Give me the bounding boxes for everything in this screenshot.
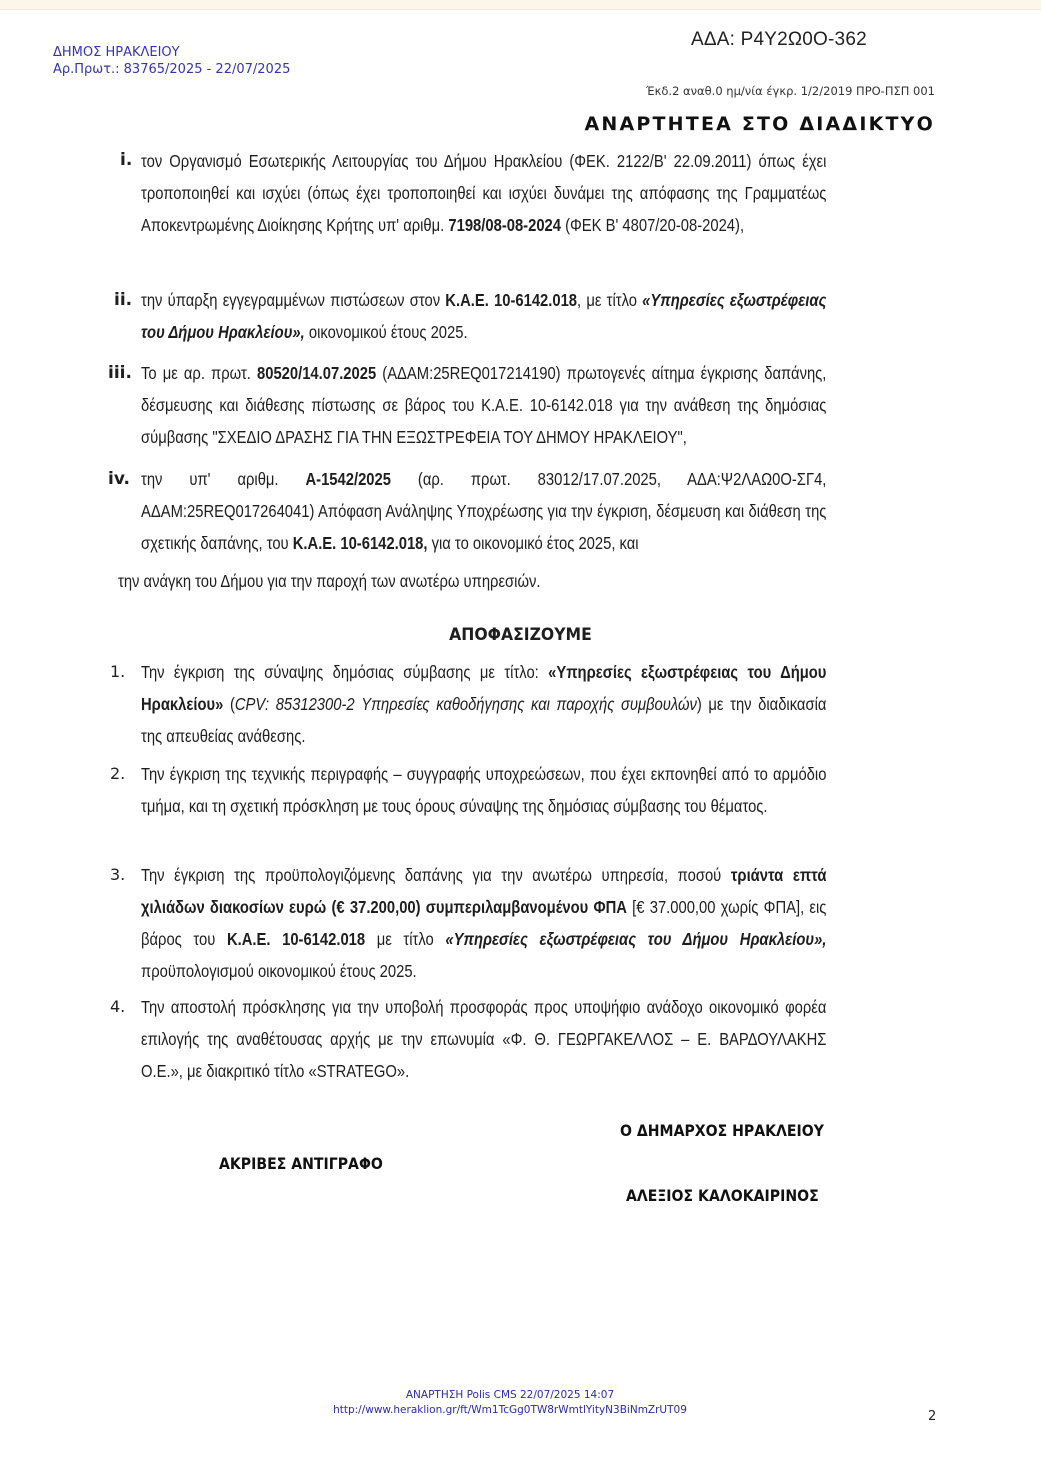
footer: ΑΝΑΡΤΗΣΗ Polis CMS 22/07/2025 14:07 http… (300, 1388, 720, 1418)
mayor-title: Ο ΔΗΜΑΡΧΟΣ ΗΡΑΚΛΕΙΟΥ (620, 1121, 824, 1140)
consideration-item: τον Οργανισμό Εσωτερικής Λειτουργίας του… (141, 145, 826, 241)
kae-code: Κ.Α.Ε. 10-6142.018 (445, 290, 577, 310)
protocol-number: Αρ.Πρωτ.: 83765/2025 - 22/07/2025 (53, 61, 290, 78)
municipality-name: ΔΗΜΟΣ ΗΡΑΚΛΕΙΟΥ (53, 44, 290, 61)
text: Την έγκριση της τεχνικής περιγραφής – συ… (141, 764, 826, 816)
page-number: 2 (928, 1409, 936, 1424)
kae-code: Κ.Α.Ε. 10-6142.018 (227, 929, 365, 949)
text: ( (223, 694, 235, 714)
text: την υπ' αριθμ. (141, 469, 305, 489)
cpv-code: CPV: 85312300-2 Υπηρεσίες καθοδήγησης κα… (235, 694, 697, 714)
decision-item: Την έγκριση της τεχνικής περιγραφής – συ… (141, 758, 826, 822)
text: Την έγκριση της προϋπολογιζόμενης δαπάνη… (141, 865, 731, 885)
service-title: «Υπηρεσίες εξωστρέφειας του Δήμου Ηρακλε… (445, 929, 826, 949)
header-left: ΔΗΜΟΣ ΗΡΑΚΛΕΙΟΥ Αρ.Πρωτ.: 83765/2025 - 2… (53, 44, 290, 78)
decision-number: 3. (110, 865, 125, 884)
decision-number: 1. (110, 662, 125, 681)
text: με τίτλο (365, 929, 445, 949)
decision-number: 2. (110, 764, 125, 783)
decision-number: 4. (110, 997, 125, 1016)
ada-code: ΑΔΑ: Ρ4Υ2Ω0Ο-362 (691, 29, 867, 51)
consideration-item: την υπ' αριθμ. Α-1542/2025 (αρ. πρωτ. 83… (141, 463, 826, 559)
decision-item: Την αποστολή πρόσκλησης για την υποβολή … (141, 991, 826, 1087)
text: Την έγκριση της σύναψης δημόσιας σύμβαση… (141, 662, 548, 682)
protocol-ref: 80520/14.07.2025 (257, 363, 376, 383)
consideration-item: Το με αρ. πρωτ. 80520/14.07.2025 (ΑΔΑΜ:2… (141, 357, 826, 453)
text: , με τίτλο (577, 290, 642, 310)
edition-info: Έκδ.2 αναθ.0 ημ/νία έγκρ. 1/2/2019 ΠΡΟ-Π… (646, 84, 935, 98)
text: (ΦΕΚ Β' 4807/20-08-2024), (561, 215, 744, 235)
publish-title: ΑΝΑΡΤΗΤΕΑ ΣΤΟ ΔΙΑΔΙΚΤΥΟ (584, 113, 935, 135)
consideration-marker: i. (120, 150, 132, 170)
document-url[interactable]: http://www.heraklion.gr/ft/Wm1TcGg0TW8rW… (300, 1403, 720, 1418)
top-band (0, 0, 1041, 10)
decision-ref: Α-1542/2025 (305, 469, 390, 489)
mayor-name: ΑΛΕΞΙΟΣ ΚΑΛΟΚΑΙΡΙΝΟΣ (626, 1186, 819, 1205)
text: οικονομικού έτους 2025. (305, 322, 468, 342)
consideration-item: την ύπαρξη εγγεγραμμένων πιστώσεων στον … (141, 284, 826, 348)
decision-ref: 7198/08-08-2024 (448, 215, 561, 235)
text: Το με αρ. πρωτ. (141, 363, 257, 383)
text: Την αποστολή πρόσκλησης για την υποβολή … (141, 997, 826, 1081)
posting-info: ΑΝΑΡΤΗΣΗ Polis CMS 22/07/2025 14:07 (300, 1388, 720, 1403)
decision-item: Την έγκριση της προϋπολογιζόμενης δαπάνη… (141, 859, 826, 987)
text: την ύπαρξη εγγεγραμμένων πιστώσεων στον (141, 290, 445, 310)
kae-code: Κ.Α.Ε. 10-6142.018, (293, 533, 428, 553)
decision-item: Την έγκριση της σύναψης δημόσιας σύμβαση… (141, 656, 826, 752)
consideration-marker: iii. (108, 363, 132, 383)
text: προϋπολογισμού οικονομικού έτους 2025. (141, 961, 417, 981)
consideration-marker: iv. (108, 469, 130, 489)
consideration-marker: ii. (114, 290, 132, 310)
text: για το οικονομικό έτος 2025, και (428, 533, 639, 553)
need-text: την ανάγκη του Δήμου για την παροχή των … (118, 565, 915, 597)
exact-copy-label: ΑΚΡΙΒΕΣ ΑΝΤΙΓΡΑΦΟ (219, 1154, 383, 1173)
decision-heading: ΑΠΟΦΑΣΙΖΟΥΜΕ (42, 625, 1000, 645)
